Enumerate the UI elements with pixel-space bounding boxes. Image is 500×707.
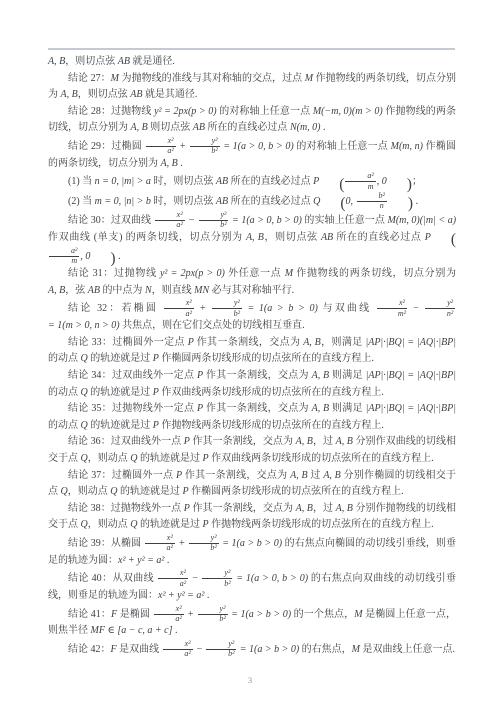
math-run: = 1(a > 0, b > 0) [233, 573, 308, 584]
math-run: A, B [48, 56, 65, 67]
text-run: 作抛物线两条切线形成的切点弦所在的直线方程上. [209, 519, 434, 530]
math-run: x² + y² = a² [158, 590, 204, 601]
fraction: x²a² [158, 569, 188, 588]
fraction: x²m² [377, 299, 407, 318]
fraction: x²a² [155, 211, 185, 230]
text-run: 共焦点，则在它们交点处的切线相互垂直. [120, 320, 305, 331]
math-run: = 1(a > 0, b > 0) [221, 141, 294, 152]
text-run: 是双曲线上任意一点. [360, 644, 455, 655]
fraction: y²n² [425, 299, 455, 318]
text-run: 过 [308, 470, 324, 481]
text-run: 时，则切点弦 [151, 176, 216, 187]
math-run: Q [81, 420, 88, 431]
math-run: N [145, 285, 152, 296]
math-run: N(m, 0) [290, 122, 321, 133]
big-right-paren: ) [388, 197, 413, 211]
math-run: A, B [296, 503, 313, 514]
fraction: x²a² [145, 534, 175, 553]
math-run: n = 0, |m| > a [95, 176, 151, 187]
text-run: 为抛物线的准线与其对称轴的交点，过点 [119, 73, 305, 84]
paragraph-11: 结论 35：过抛物线外一定点 P 作其一条割线，交点为 A, B 则满足 |AP… [48, 401, 456, 434]
text-run: 作椭圆两条切线形成的切点弦所在的直线方程上. [159, 353, 374, 364]
fraction: b²n [357, 192, 387, 211]
fraction: y²b² [199, 211, 229, 230]
text-run: (2) 当 [68, 196, 95, 207]
text-run: 作抛物线两条切线形成的切点弦所在的直线方程上. [159, 420, 384, 431]
text-run: ，则动点 [88, 519, 131, 530]
math-run: A, B [131, 122, 148, 133]
math-run: A, B [312, 403, 330, 414]
math-run: A, B [303, 337, 321, 348]
fraction: x²a² [163, 640, 193, 659]
text-run: ，过 [313, 436, 336, 447]
text-run: 结论 32：若椭圆 [68, 303, 163, 314]
math-run: = 1(a > b > 0) [229, 609, 292, 620]
text-run: 的轨迹就是过 [88, 353, 153, 364]
text-run: 与双曲线 [318, 303, 376, 314]
fraction: x²a² [146, 137, 176, 156]
math-run: = 1(a > b > 0) [237, 644, 299, 655]
math-run: A, B [323, 470, 340, 481]
paragraph-17: 结论 41：F 是椭圆 x²a² + y²b² = 1(a > b > 0) 的… [48, 605, 456, 640]
fraction: y²b² [190, 137, 220, 156]
text-run: . [204, 590, 209, 601]
math-run: + [176, 538, 188, 549]
text-run: 的动点 [48, 387, 81, 398]
fraction: a²m [49, 247, 79, 266]
text-run: 必与其对称轴平行. [209, 285, 294, 296]
text-run: . [178, 158, 183, 169]
math-run: A, B [61, 89, 78, 100]
document-body: A, B，则切点弦 AB 就是通径.结论 27：M 为抛物线的准线与其对称轴的交… [48, 54, 456, 659]
fraction: a²m [345, 172, 375, 191]
text-run: 作椭圆两条切线形成的切点弦所在的直线方程上. [189, 486, 404, 497]
text-run: 的轨迹就是过 [88, 387, 153, 398]
text-run: ，过 [313, 503, 336, 514]
math-run: = 1(m > 0, n > 0) [48, 320, 120, 331]
math-run: Q [81, 353, 88, 364]
big-right-paren: ) [387, 178, 412, 192]
paragraph-6: 结论 30：过双曲线 x²a² − y²b² = 1(a > 0, b > 0)… [48, 211, 456, 266]
math-run: AB [118, 56, 130, 67]
math-run: + [185, 609, 197, 620]
text-run: 的轨迹就是过 [88, 420, 153, 431]
paragraph-8: 结论 32：若椭圆 x²a² + y²b² = 1(a > b > 0) 与双曲… [48, 299, 456, 334]
text-run: ，则动点 [88, 453, 131, 464]
text-run: 结论 41： [68, 609, 111, 620]
fraction: y²b² [189, 534, 219, 553]
text-run: ，则动点 [68, 486, 111, 497]
text-run: 结论 28：过抛物线 [68, 106, 154, 117]
text-run: 结论 39：从椭圆 [68, 538, 144, 549]
math-run: − [194, 644, 206, 655]
text-run: 时，则切点弦 [151, 196, 216, 207]
math-run: A, B [246, 232, 264, 243]
math-run: M(m, 0)(|m| < a) [387, 215, 456, 226]
text-run: 结论 30：过双曲线 [68, 215, 154, 226]
text-run: 结论 42： [68, 644, 111, 655]
paragraph-7: 结论 31：过抛物线 y² = 2px(p > 0) 外任意一点 M 作抛物线的… [48, 266, 456, 299]
text-run: . [116, 251, 121, 262]
paragraph-4: (1) 当 n = 0, |m| > a 时，则切点弦 AB 所在的直线必过点 … [48, 172, 456, 191]
math-run: M [285, 268, 293, 279]
math-run: Q [81, 453, 88, 464]
text-run: 的动点 [48, 420, 81, 431]
text-run: 作双曲线两条切线形成的切点弦所在的直线方程上. [159, 387, 384, 398]
big-left-paren: ( [319, 178, 344, 192]
paragraph-15: 结论 39：从椭圆 x²a² + y²b² = 1(a > b > 0) 的右焦… [48, 534, 456, 569]
text-run: (1) 当 [68, 176, 95, 187]
math-run: A, B [161, 158, 178, 169]
math-run: M(m, n) [391, 141, 423, 152]
paragraph-16: 结论 40：从双曲线 x²a² − y²b² = 1(a > 0, b > 0)… [48, 569, 456, 604]
big-left-paren: ( [320, 197, 345, 211]
page-number: 3 [0, 675, 500, 685]
math-run: A, B [312, 370, 330, 381]
text-run: 结论 34：过双曲线外一定点 [68, 370, 197, 381]
paragraph-2: 结论 28：过抛物线 y² = 2px(p > 0) 的对称轴上任意一点 M(−… [48, 104, 456, 137]
text-run: . [321, 122, 326, 133]
paragraph-18: 结论 42：F 是双曲线 x²a² − y²b² = 1(a > b > 0) … [48, 640, 456, 659]
text-run: 则满足 [329, 403, 365, 414]
text-run: . [173, 625, 178, 636]
text-run: 是双曲线 [117, 644, 162, 655]
math-run: M(−m, 0)(m > 0) [313, 106, 383, 117]
text-run: 的实轴上任意一点 [302, 215, 388, 226]
text-run: 结论 38：过抛物线外一点 [68, 503, 184, 514]
paragraph-12: 结论 36：过双曲线外一点 P 作其一条割线，交点为 A, B，过 A, B 分… [48, 434, 456, 467]
math-run: AB [193, 122, 205, 133]
math-run: = 1(a > b > 0) [243, 303, 318, 314]
text-run: ，则切点弦 [65, 56, 118, 67]
text-run: 的右焦点， [299, 644, 352, 655]
paragraph-14: 结论 38：过抛物线外一点 P 作其一条割线，交点为 A, B，过 A, B 分… [48, 501, 456, 534]
text-run: 作其一条割线，交点为 [203, 370, 311, 381]
text-run: 的轨迹就是过 [137, 519, 202, 530]
text-run: ，弦 [65, 285, 88, 296]
paragraph-3: 结论 29：过椭圆 x²a² + y²b² = 1(a > 0, b > 0) … [48, 137, 456, 172]
math-run: x² + y² = a² [118, 555, 164, 566]
math-run: MF ∈ [a − c, a + c] [91, 625, 173, 636]
text-run: 外任意一点 [225, 268, 285, 279]
text-run: . [413, 196, 418, 207]
math-run: y² = 2px(p > 0) [154, 106, 216, 117]
text-run: 作其一条割线，交点为 [190, 436, 296, 447]
text-run: 的对称轴上任意一点 [217, 106, 313, 117]
text-run: 作双曲线两条切线形成的切点弦所在的直线方程上. [209, 453, 434, 464]
paragraph-10: 结论 34：过双曲线外一定点 P 作其一条割线，交点为 A, B 则满足 |AP… [48, 368, 456, 401]
text-run: 的中点为 [100, 285, 145, 296]
text-run: 所在的直线必过点 [333, 232, 425, 243]
math-run: A, B [296, 436, 313, 447]
text-run: 结论 40：从双曲线 [68, 573, 157, 584]
text-run: ，则直线 [152, 285, 195, 296]
text-run: 作抛物线的两条切线，切点分别为 [293, 268, 456, 279]
math-run: − [408, 303, 424, 314]
math-run: AB [88, 285, 100, 296]
math-run: |AP|·|BQ| = |AQ|·|BP| [366, 370, 456, 381]
math-run: m = 0, |n| > b [95, 196, 151, 207]
text-run: 结论 35：过抛物线外一定点 [68, 403, 197, 414]
text-run: 作双曲线 (单支) 的两条切线，切点分别为 [48, 232, 246, 243]
math-run: Q [61, 486, 68, 497]
text-run: 就是其通径. [142, 89, 197, 100]
math-run: M [305, 73, 313, 84]
text-run: 则满足 [329, 370, 365, 381]
big-left-paren: ( [431, 233, 456, 247]
text-run: 结论 33：过椭圆外一定点 [68, 337, 188, 348]
text-run: 是椭圆 [117, 609, 153, 620]
text-run: 结论 36：过双曲线外一点 [68, 436, 184, 447]
text-run: ，则满足 [321, 337, 366, 348]
math-run: − [189, 573, 202, 584]
text-run: ，则切点弦 [264, 232, 321, 243]
paragraph-9: 结论 33：过椭圆外一定点 P 作其一条割线，交点为 A, B，则满足 |AP|… [48, 335, 456, 368]
math-run: |AP|·|BQ| = |AQ|·|BP| [365, 337, 456, 348]
math-run: M [352, 644, 360, 655]
fraction: x²a² [154, 605, 184, 624]
math-run: , 0 [377, 176, 387, 187]
math-run: + [177, 141, 189, 152]
math-run: Q [81, 519, 88, 530]
math-run: MN [194, 285, 209, 296]
math-run: = 1(a > 0, b > 0) [229, 215, 301, 226]
text-run: 结论 31：过抛物线 [68, 268, 160, 279]
paragraph-1: 结论 27：M 为抛物线的准线与其对称轴的交点，过点 M 作抛物线的两条切线，切… [48, 71, 456, 104]
text-run: 作其一条割线，交点为 [182, 470, 290, 481]
math-run: 0, [346, 196, 356, 207]
math-run: A, B [48, 285, 65, 296]
math-run: − [186, 215, 198, 226]
text-run: ，则切点弦 [78, 89, 131, 100]
math-run: A, B [336, 503, 353, 514]
text-run: 所在的直线必过点 [228, 196, 313, 207]
math-run: M [354, 609, 362, 620]
math-run: A, B [336, 436, 353, 447]
fraction: x²a² [164, 299, 194, 318]
fraction: y²b² [198, 605, 228, 624]
math-run: AB [321, 232, 333, 243]
math-run: M [111, 73, 119, 84]
text-run: 的一个焦点， [291, 609, 354, 620]
math-run: Q [81, 387, 88, 398]
text-run: 作其一条割线，交点为 [194, 337, 303, 348]
fraction: y²b² [206, 640, 236, 659]
text-run: 结论 27： [68, 73, 111, 84]
text-run: ； [412, 176, 422, 187]
text-run: 则切点弦 [148, 122, 193, 133]
math-run: Q [313, 196, 320, 207]
paragraph-0: A, B，则切点弦 AB 就是通径. [48, 54, 456, 71]
text-run: 就是通径. [130, 56, 175, 67]
fraction: y²b² [202, 569, 232, 588]
math-run: AB [130, 89, 142, 100]
document-page: A, B，则切点弦 AB 就是通径.结论 27：M 为抛物线的准线与其对称轴的交… [0, 0, 500, 707]
text-run: 结论 37：过椭圆外一点 [68, 470, 176, 481]
text-run: 所在的直线必过点 [228, 176, 313, 187]
math-run: = 1(a > b > 0) [220, 538, 282, 549]
math-run: y² = 2px(p > 0) [160, 268, 225, 279]
math-run: AB [216, 196, 228, 207]
text-run: 的动点 [48, 353, 81, 364]
paragraph-5: (2) 当 m = 0, |n| > b 时，则切点弦 AB 所在的直线必过点 … [48, 192, 456, 211]
text-run: 的轨迹就是过 [137, 453, 202, 464]
text-run: 所在的直线必过点 [205, 122, 290, 133]
math-run: |AP|·|BQ| = |AQ|·|BP| [366, 403, 456, 414]
paragraph-13: 结论 37：过椭圆外一点 P 作其一条割线，交点为 A, B 过 A, B 分别… [48, 468, 456, 501]
text-run: 结论 29：过椭圆 [68, 141, 145, 152]
header-rule [48, 48, 455, 50]
math-run: A, B [290, 470, 307, 481]
math-run: AB [216, 176, 228, 187]
math-run: + [195, 303, 211, 314]
text-run: 的轨迹就是过 [117, 486, 182, 497]
big-right-paren: ) [90, 252, 115, 266]
text-run: 作其一条割线，交点为 [203, 403, 311, 414]
fraction: y²b² [212, 299, 242, 318]
text-run: . [164, 555, 169, 566]
text-run: 作其一条割线，交点为 [190, 503, 296, 514]
math-run: , 0 [80, 251, 90, 262]
text-run: 的对称轴上任意一点 [294, 141, 391, 152]
